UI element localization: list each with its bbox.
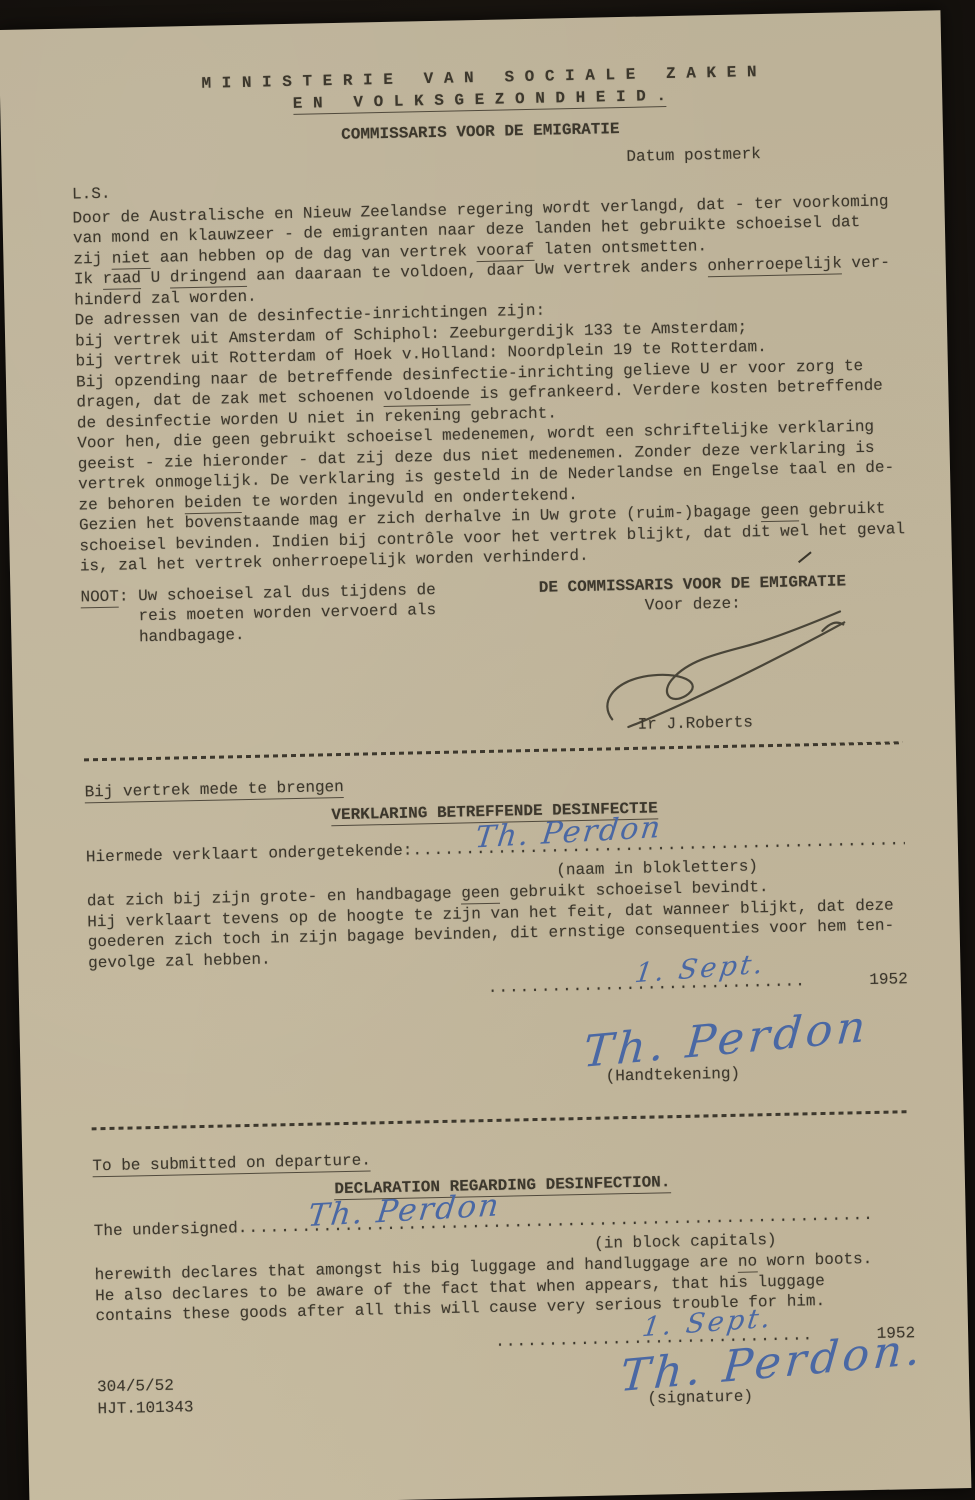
scan-background: M I N I S T E R I E V A N S O C I A L E … bbox=[0, 0, 975, 1500]
handwritten-date-english: 1. Sept. bbox=[641, 1308, 774, 1338]
handwritten-name-dutch: Th. Perdon bbox=[474, 818, 663, 849]
letter-body: Door de Australische en Nieuw Zeelandse … bbox=[72, 191, 899, 577]
bring-note: Bij vertrek mede te brengen bbox=[84, 778, 344, 803]
noot-and-signing-row: NOOT: Uw schoeisel zal dus tijdens de re… bbox=[80, 570, 902, 747]
text-segment: no bbox=[738, 1252, 758, 1272]
dutch-declaration-body: dat zich bij zijn grote- en handbagage g… bbox=[87, 874, 908, 973]
noot-block: NOOT: Uw schoeisel zal dus tijdens de re… bbox=[80, 578, 513, 746]
text-segment: laten ontsmetten. bbox=[534, 237, 707, 259]
commissaris-signed-name: Ir J.Roberts bbox=[540, 710, 850, 737]
document-content: M I N I S T E R I E V A N S O C I A L E … bbox=[0, 10, 971, 1500]
file-number: HJT.101343 bbox=[97, 1396, 193, 1420]
reference-numbers: 304/5/52 HJT.101343 bbox=[97, 1374, 194, 1420]
handwritten-date-dutch: 1. Sept. bbox=[633, 955, 766, 985]
text-segment: gebruikt bbox=[799, 500, 886, 520]
dashed-separator bbox=[92, 1110, 911, 1130]
text-segment: dringend bbox=[170, 267, 247, 289]
dutch-declarant-label: Hiermede verklaart ondergetekende: bbox=[86, 841, 413, 868]
submit-note-wrap: To be submitted on departure. bbox=[92, 1150, 371, 1176]
english-declarant-label: The undersigned bbox=[94, 1218, 238, 1242]
text-segment: niet bbox=[112, 248, 151, 269]
text-segment: ver- bbox=[842, 253, 890, 272]
ref-number: 304/5/52 bbox=[97, 1374, 193, 1398]
commissaris-signing-block: DE COMMISSARIS VOOR DE EMIGRATIE Voor de… bbox=[537, 571, 850, 737]
english-declaration-body: herewith declares that amongst his big l… bbox=[95, 1248, 915, 1327]
dutch-year: 1952 bbox=[869, 969, 908, 990]
text-segment: U bbox=[141, 268, 170, 287]
text-segment: Ik bbox=[74, 270, 103, 289]
dashed-separator bbox=[84, 741, 903, 761]
datum-postmerk-label: Datum postmerk bbox=[626, 141, 890, 167]
text-segment: ze behoren bbox=[78, 494, 184, 514]
document-paper: M I N I S T E R I E V A N S O C I A L E … bbox=[0, 10, 971, 1500]
bring-note-wrap: Bij vertrek mede te brengen bbox=[84, 777, 344, 803]
text-segment: worn boots. bbox=[757, 1250, 873, 1270]
text-segment: voldoende bbox=[383, 385, 470, 407]
text-segment: geen bbox=[461, 884, 500, 905]
text-segment: NOOT bbox=[80, 587, 119, 608]
text-segment: geen bbox=[760, 501, 799, 522]
text-segment: zij bbox=[73, 249, 112, 268]
text-segment: raad bbox=[102, 269, 141, 290]
dutch-date-line: ..............................1952 1. Se… bbox=[488, 969, 908, 998]
handwritten-name-english: Th. Perdon bbox=[307, 1195, 502, 1226]
submit-note: To be submitted on departure. bbox=[92, 1151, 371, 1177]
text-segment: onherroepelijk bbox=[707, 254, 842, 277]
text-segment: beiden bbox=[184, 493, 242, 514]
text-segment: vooraf bbox=[476, 240, 534, 261]
